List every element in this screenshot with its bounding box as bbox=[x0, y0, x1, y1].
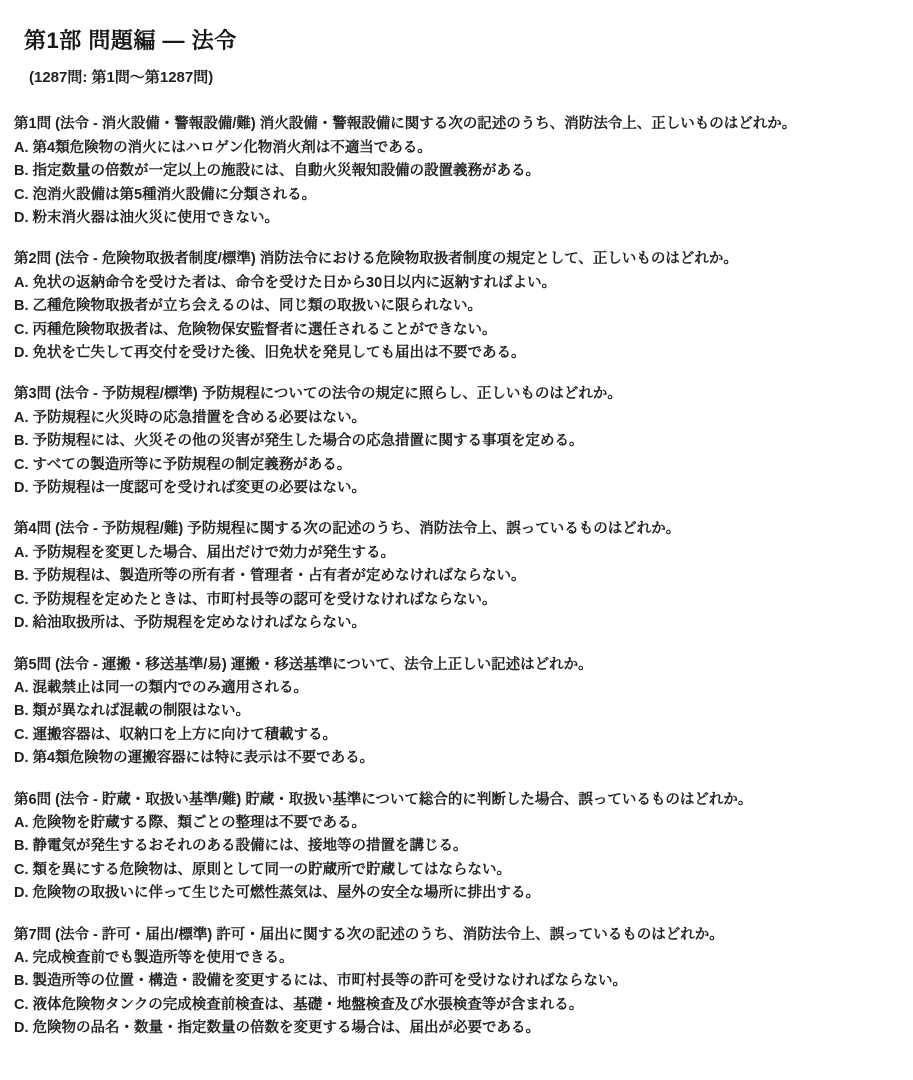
question-block-5: 第5問 (法令 - 運搬・移送基準/易) 運搬・移送基準について、法令上正しい記… bbox=[14, 654, 895, 771]
question-header: 第5問 (法令 - 運搬・移送基準/易) 運搬・移送基準について、法令上正しい記… bbox=[14, 654, 895, 677]
question-option-a: A. 予防規程を変更した場合、届出だけで効力が発生する。 bbox=[14, 542, 895, 565]
question-option-a: A. 予防規程に火災時の応急措置を含める必要はない。 bbox=[14, 407, 895, 430]
question-option-d: D. 第4類危険物の運搬容器には特に表示は不要である。 bbox=[14, 747, 895, 770]
question-block-4: 第4問 (法令 - 予防規程/難) 予防規程に関する次の記述のうち、消防法令上、… bbox=[14, 518, 895, 635]
page-title: 第1部 問題編 — 法令 bbox=[24, 28, 895, 54]
question-option-b: B. 乙種危険物取扱者が立ち会えるのは、同じ類の取扱いに限られない。 bbox=[14, 295, 895, 318]
question-option-a: A. 免状の返納命令を受けた者は、命令を受けた日から30日以内に返納すればよい。 bbox=[14, 272, 895, 295]
question-option-d: D. 給油取扱所は、予防規程を定めなければならない。 bbox=[14, 612, 895, 635]
question-option-c: C. 丙種危険物取扱者は、危険物保安監督者に選任されることができない。 bbox=[14, 319, 895, 342]
page-subtitle: (1287問: 第1問〜第1287問) bbox=[29, 69, 895, 87]
question-option-c: C. 泡消火設備は第5種消火設備に分類される。 bbox=[14, 184, 895, 207]
question-option-b: B. 製造所等の位置・構造・設備を変更するには、市町村長等の許可を受けなければな… bbox=[14, 970, 895, 993]
question-option-c: C. 運搬容器は、収納口を上方に向けて積載する。 bbox=[14, 724, 895, 747]
question-option-d: D. 免状を亡失して再交付を受けた後、旧免状を発見しても届出は不要である。 bbox=[14, 342, 895, 365]
question-option-a: A. 完成検査前でも製造所等を使用できる。 bbox=[14, 947, 895, 970]
question-header: 第7問 (法令 - 許可・届出/標準) 許可・届出に関する次の記述のうち、消防法… bbox=[14, 924, 895, 947]
question-option-a: A. 第4類危険物の消火にはハロゲン化物消火剤は不適当である。 bbox=[14, 137, 895, 160]
question-option-d: D. 危険物の品名・数量・指定数量の倍数を変更する場合は、届出が必要である。 bbox=[14, 1017, 895, 1040]
question-block-6: 第6問 (法令 - 貯蔵・取扱い基準/難) 貯蔵・取扱い基準について総合的に判断… bbox=[14, 789, 895, 906]
question-option-c: C. 類を異にする危険物は、原則として同一の貯蔵所で貯蔵してはならない。 bbox=[14, 859, 895, 882]
question-option-d: D. 粉末消火器は油火災に使用できない。 bbox=[14, 207, 895, 230]
question-option-c: C. すべての製造所等に予防規程の制定義務がある。 bbox=[14, 454, 895, 477]
question-header: 第6問 (法令 - 貯蔵・取扱い基準/難) 貯蔵・取扱い基準について総合的に判断… bbox=[14, 789, 895, 812]
question-option-b: B. 指定数量の倍数が一定以上の施設には、自動火災報知設備の設置義務がある。 bbox=[14, 160, 895, 183]
question-option-b: B. 静電気が発生するおそれのある設備には、接地等の措置を講じる。 bbox=[14, 835, 895, 858]
question-block-7: 第7問 (法令 - 許可・届出/標準) 許可・届出に関する次の記述のうち、消防法… bbox=[14, 924, 895, 1041]
question-option-c: C. 液体危険物タンクの完成検査前検査は、基礎・地盤検査及び水張検査等が含まれる… bbox=[14, 994, 895, 1017]
question-list: 第1問 (法令 - 消火設備・警報設備/難) 消火設備・警報設備に関する次の記述… bbox=[14, 113, 895, 1040]
question-header: 第4問 (法令 - 予防規程/難) 予防規程に関する次の記述のうち、消防法令上、… bbox=[14, 518, 895, 541]
document-page: 第1部 問題編 — 法令 (1287問: 第1問〜第1287問) 第1問 (法令… bbox=[0, 0, 913, 1041]
question-option-b: B. 予防規程は、製造所等の所有者・管理者・占有者が定めなければならない。 bbox=[14, 565, 895, 588]
question-option-d: D. 予防規程は一度認可を受ければ変更の必要はない。 bbox=[14, 477, 895, 500]
question-block-2: 第2問 (法令 - 危険物取扱者制度/標準) 消防法令における危険物取扱者制度の… bbox=[14, 248, 895, 365]
question-option-a: A. 混載禁止は同一の類内でのみ適用される。 bbox=[14, 677, 895, 700]
question-header: 第3問 (法令 - 予防規程/標準) 予防規程についての法令の規定に照らし、正し… bbox=[14, 383, 895, 406]
question-header: 第2問 (法令 - 危険物取扱者制度/標準) 消防法令における危険物取扱者制度の… bbox=[14, 248, 895, 271]
question-option-d: D. 危険物の取扱いに伴って生じた可燃性蒸気は、屋外の安全な場所に排出する。 bbox=[14, 882, 895, 905]
question-option-a: A. 危険物を貯蔵する際、類ごとの整理は不要である。 bbox=[14, 812, 895, 835]
question-block-1: 第1問 (法令 - 消火設備・警報設備/難) 消火設備・警報設備に関する次の記述… bbox=[14, 113, 895, 230]
question-header: 第1問 (法令 - 消火設備・警報設備/難) 消火設備・警報設備に関する次の記述… bbox=[14, 113, 895, 136]
question-option-c: C. 予防規程を定めたときは、市町村長等の認可を受けなければならない。 bbox=[14, 589, 895, 612]
question-block-3: 第3問 (法令 - 予防規程/標準) 予防規程についての法令の規定に照らし、正し… bbox=[14, 383, 895, 500]
question-option-b: B. 予防規程には、火災その他の災害が発生した場合の応急措置に関する事項を定める… bbox=[14, 430, 895, 453]
question-option-b: B. 類が異なれば混載の制限はない。 bbox=[14, 700, 895, 723]
